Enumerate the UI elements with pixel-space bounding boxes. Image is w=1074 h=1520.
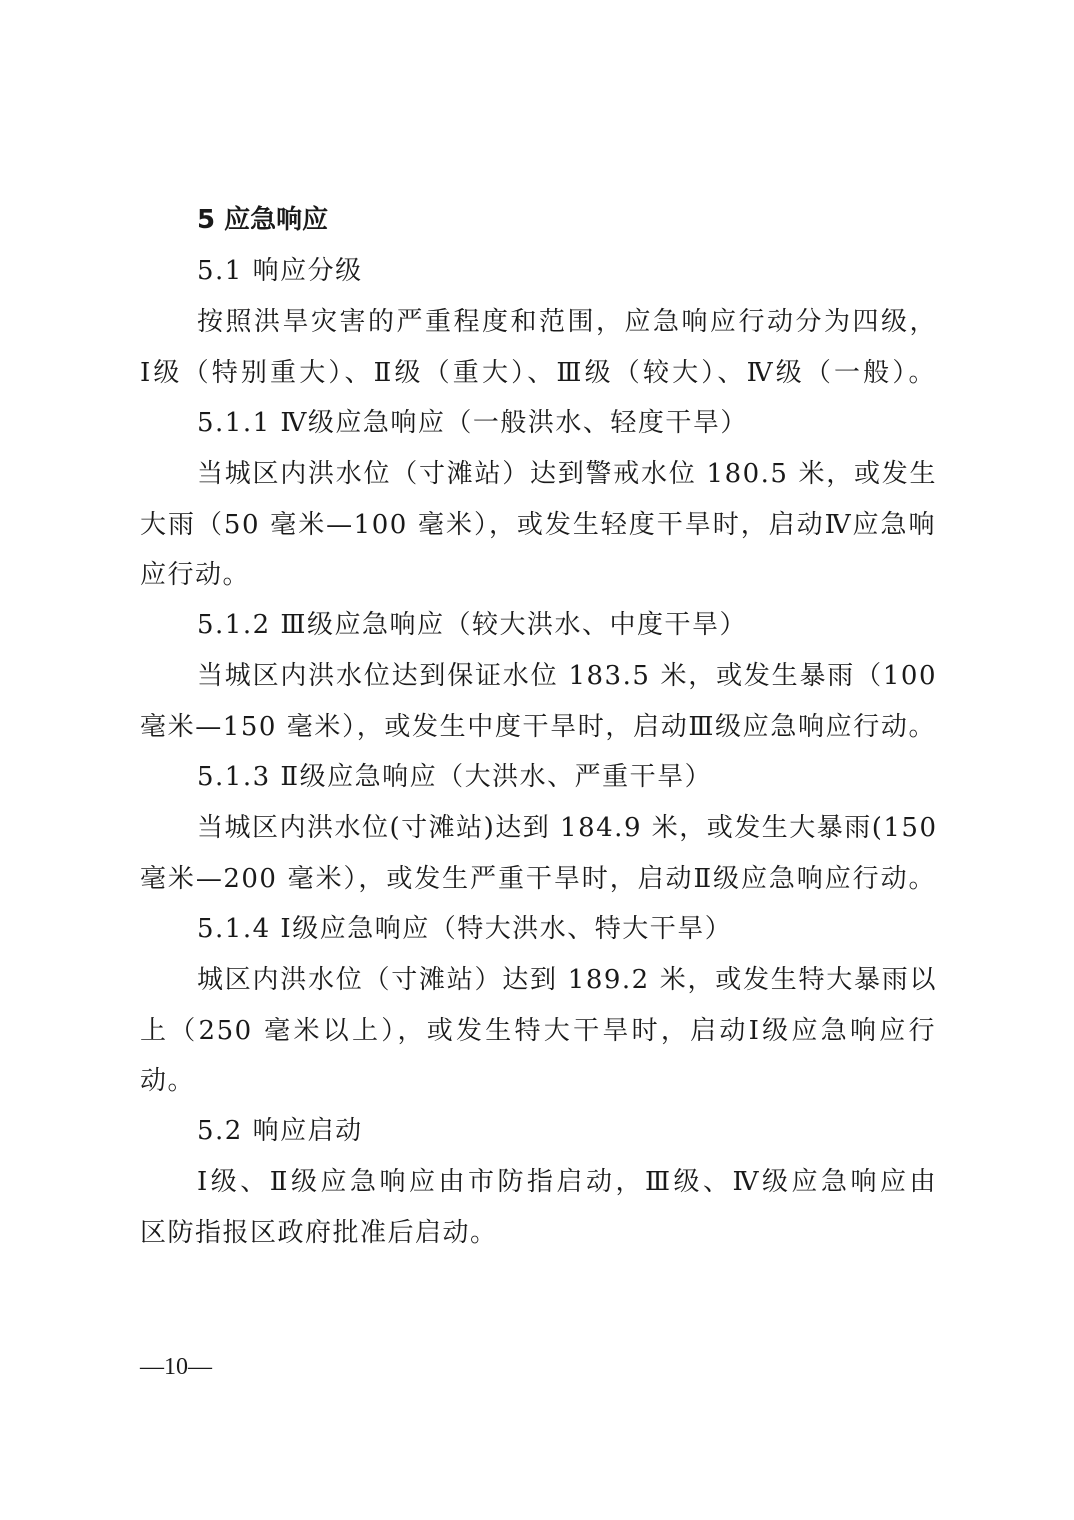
subsection-heading: 5.1.1 Ⅳ级应急响应（一般洪水、轻度干旱） [197, 406, 937, 440]
paragraph-line: 上（250 毫米以上），或发生特大干旱时，启动Ⅰ级应急响应行 [140, 1014, 936, 1048]
subsection-heading: 5.2 响应启动 [197, 1114, 937, 1148]
paragraph-line: 大雨（50 毫米—100 毫米），或发生轻度干旱时，启动Ⅳ应急响 [140, 508, 936, 542]
paragraph-line: Ⅰ级（特别重大）、Ⅱ级（重大）、Ⅲ级（较大）、Ⅳ级（一般）。 [140, 356, 936, 390]
paragraph-line: 当城区内洪水位达到保证水位 183.5 米，或发生暴雨（100 [197, 659, 937, 693]
paragraph-line: 动。 [140, 1064, 936, 1098]
subsection-heading: 5.1 响应分级 [197, 254, 937, 288]
paragraph-line: 毫米—150 毫米），或发生中度干旱时，启动Ⅲ级应急响应行动。 [140, 710, 936, 744]
paragraph-line: Ⅰ级、Ⅱ级应急响应由市防指启动，Ⅲ级、Ⅳ级应急响应由 [197, 1165, 937, 1199]
page-number: —10— [140, 1352, 212, 1382]
paragraph-line: 按照洪旱灾害的严重程度和范围，应急响应行动分为四级， [197, 305, 937, 339]
paragraph-line: 区防指报区政府批准后启动。 [140, 1216, 936, 1250]
subsection-heading: 5.1.4 Ⅰ级应急响应（特大洪水、特大干旱） [197, 912, 937, 946]
section-heading: 5 应急响应 [197, 203, 937, 237]
paragraph-line: 当城区内洪水位（寸滩站）达到警戒水位 180.5 米，或发生 [197, 457, 937, 491]
paragraph-line: 毫米—200 毫米），或发生严重干旱时，启动Ⅱ级应急响应行动。 [140, 862, 936, 896]
paragraph-line: 应行动。 [140, 558, 936, 592]
subsection-heading: 5.1.3 Ⅱ级应急响应（大洪水、严重干旱） [197, 760, 937, 794]
paragraph-line: 城区内洪水位（寸滩站）达到 189.2 米，或发生特大暴雨以 [197, 963, 937, 997]
subsection-heading: 5.1.2 Ⅲ级应急响应（较大洪水、中度干旱） [197, 608, 937, 642]
paragraph-line: 当城区内洪水位(寸滩站)达到 184.9 米，或发生大暴雨(150 [197, 811, 937, 845]
